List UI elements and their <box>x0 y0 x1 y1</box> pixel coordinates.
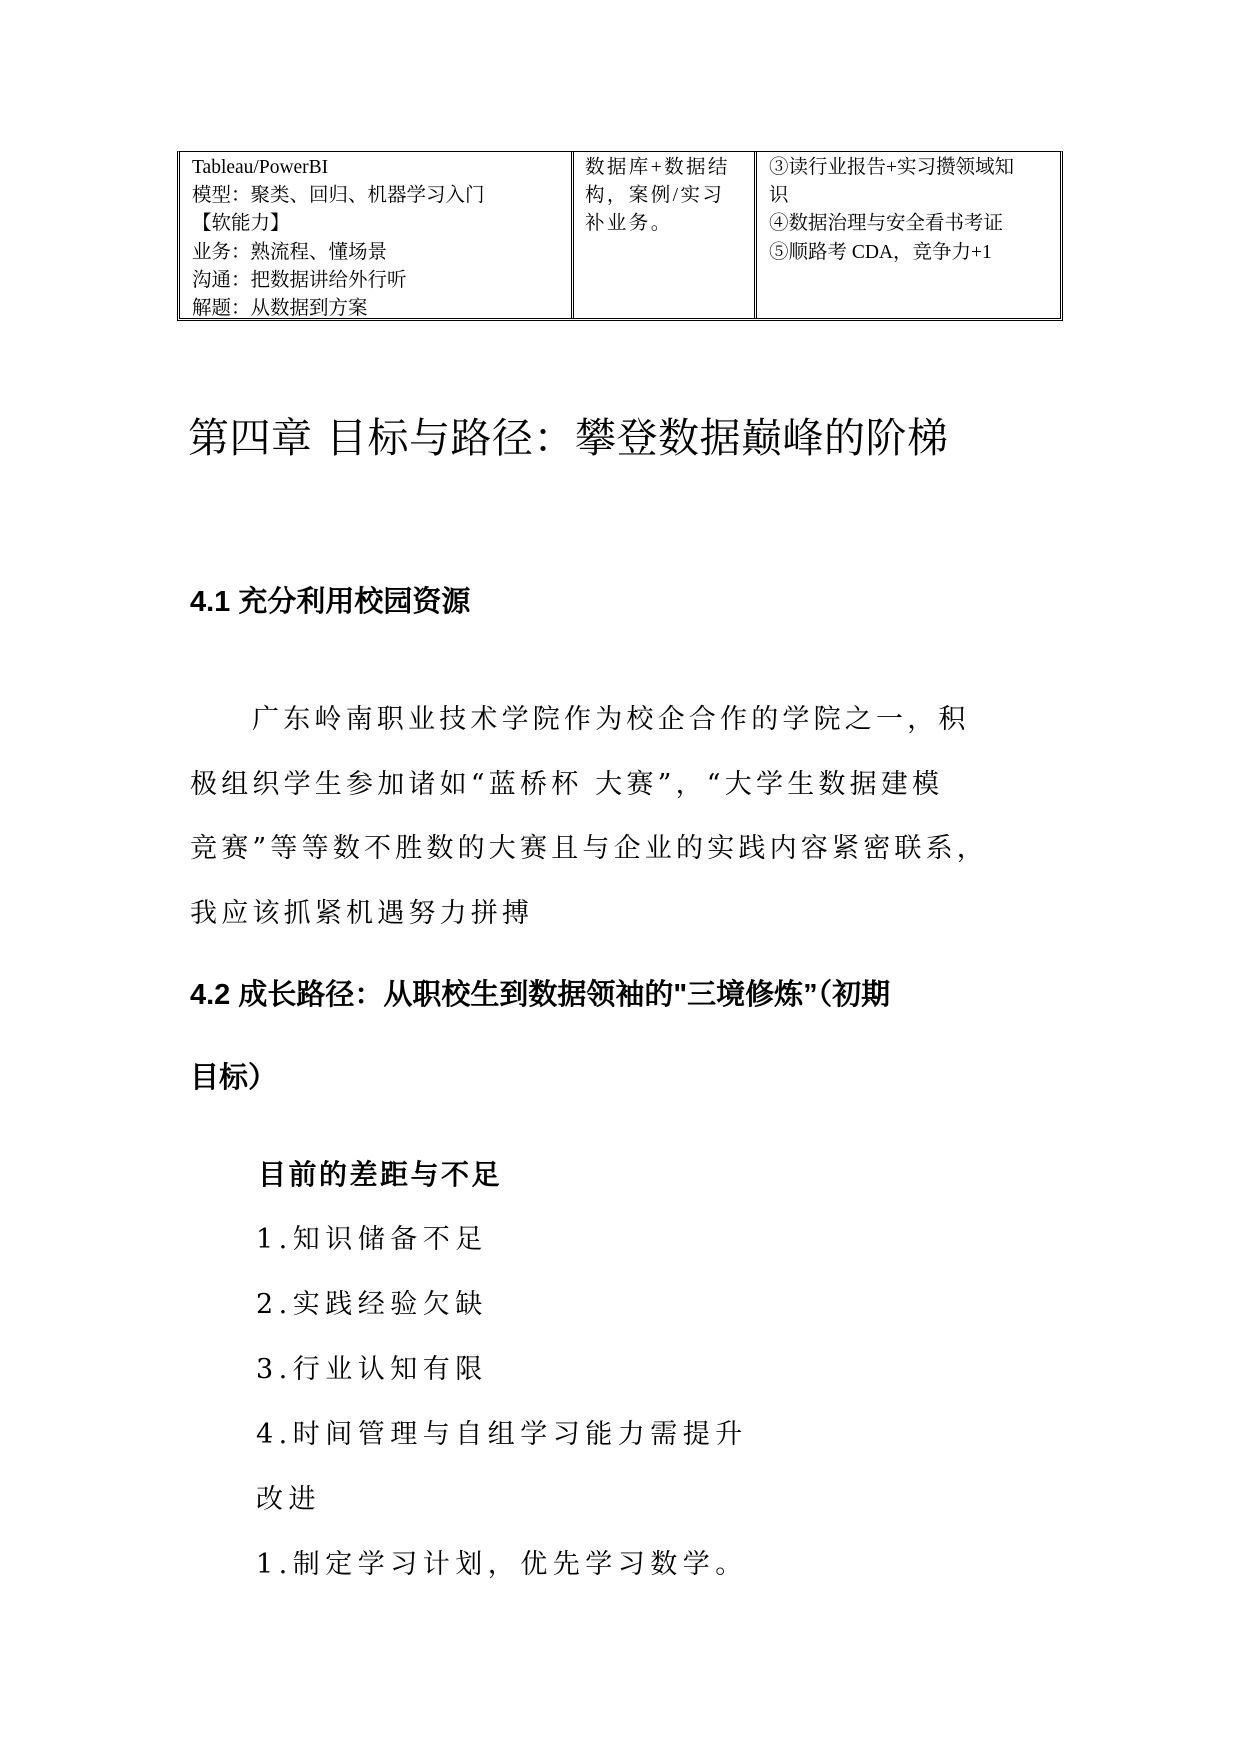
gap-item: 2.实践经验欠缺 <box>256 1285 488 1325</box>
table-cell-skills: Tableau/PowerBI 模型：聚类、回归、机器学习入门 【软能力】 业务… <box>180 152 574 318</box>
paragraph-line: 竞赛”等等数不胜数的大赛且与企业的实践内容紧密联系， <box>190 817 1070 882</box>
paragraph-line: 我应该抓紧机遇努力拼搏 <box>190 882 1070 947</box>
gap-item: 3.行业认知有限 <box>256 1350 488 1390</box>
gaps-heading: 目前的差距与不足 <box>258 1155 502 1195</box>
paragraph-line: 广东岭南职业技术学院作为校企合作的学院之一，积 <box>190 688 1070 753</box>
paragraph-line: 极组织学生参加诸如“蓝桥杯 大赛”，“大学生数据建模 <box>190 753 1070 818</box>
table-cell-method: 数据库+数据结 构，案例/实习 补业务。 <box>574 152 757 318</box>
section-title-4-1: 4.1 充分利用校园资源 <box>190 582 470 622</box>
table-line: Tableau/PowerBI <box>192 154 565 182</box>
table-line: 构，案例/实习 <box>585 182 750 210</box>
table-line: ③读行业报告+实习攒领域知 <box>769 154 1056 182</box>
gap-item: 1.知识储备不足 <box>256 1220 488 1260</box>
chapter-title: 第四章 目标与路径：攀登数据巅峰的阶梯 <box>188 408 949 468</box>
gap-item: 4.时间管理与自组学习能力需提升 <box>256 1415 748 1455</box>
table-line: 解题：从数据到方案 <box>192 295 565 323</box>
table-line: 数据库+数据结 <box>585 154 750 182</box>
table-line: ⑤顺路考 CDA，竞争力+1 <box>769 239 1056 267</box>
table-line: 业务：熟流程、懂场景 <box>192 239 565 267</box>
skills-table-fragment: Tableau/PowerBI 模型：聚类、回归、机器学习入门 【软能力】 业务… <box>177 151 1063 321</box>
table-line: 【软能力】 <box>192 210 565 238</box>
improve-heading: 改进 <box>256 1480 321 1520</box>
table-line: ④数据治理与安全看书考证 <box>769 210 1056 238</box>
table-cell-plan: ③读行业报告+实习攒领域知 识 ④数据治理与安全看书考证 ⑤顺路考 CDA，竞争… <box>757 152 1060 318</box>
table-line: 模型：聚类、回归、机器学习入门 <box>192 182 565 210</box>
section-title-4-2-continued: 目标） <box>190 1058 277 1098</box>
document-page: Tableau/PowerBI 模型：聚类、回归、机器学习入门 【软能力】 业务… <box>0 0 1240 1754</box>
section-title-4-2: 4.2 成长路径：从职校生到数据领袖的"三境修炼”（初期 <box>190 975 890 1015</box>
section-4-1-paragraph: 广东岭南职业技术学院作为校企合作的学院之一，积 极组织学生参加诸如“蓝桥杯 大赛… <box>190 688 1070 946</box>
table-line: 补业务。 <box>585 210 750 238</box>
table-line: 识 <box>769 182 1056 210</box>
improvement-item: 1.制定学习计划，优先学习数学。 <box>256 1545 748 1585</box>
table-line: 沟通：把数据讲给外行听 <box>192 267 565 295</box>
